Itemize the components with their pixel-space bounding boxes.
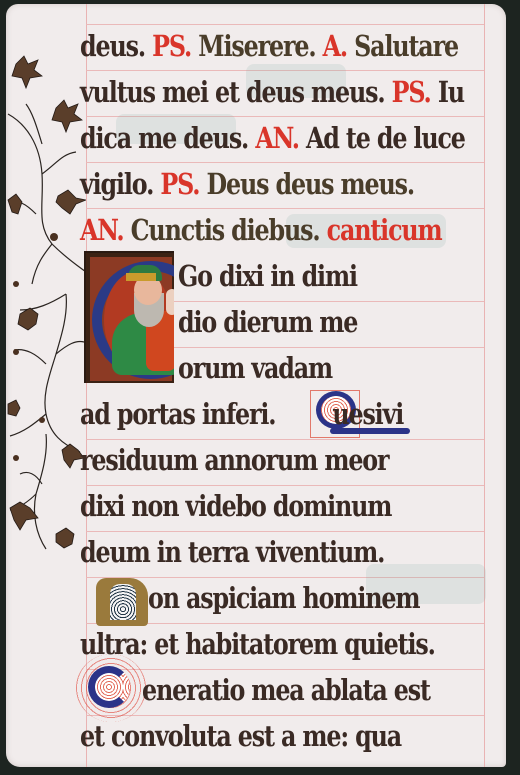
- text-line: orum vadam: [178, 348, 332, 388]
- text-line: eneratio mea ablata est: [142, 670, 430, 710]
- rubric: PS.: [392, 75, 431, 109]
- g-initial-letter: [88, 666, 130, 708]
- text-span: dio dierum me: [178, 305, 357, 339]
- text-line: AN. Cunctis diebus. canticum: [80, 210, 442, 250]
- text-span: et convoluta est a me: qua: [80, 719, 401, 753]
- text-line: on aspiciam hominem: [148, 578, 419, 618]
- ruling-line-right: [484, 4, 485, 767]
- text-line: Go dixi in dimi: [178, 256, 357, 296]
- rubric: PS.: [152, 29, 191, 63]
- text-span: residuum annorum meor: [80, 443, 388, 477]
- text-line: dixi non videbo dominum: [80, 486, 391, 526]
- text-span: vigilo.: [80, 167, 153, 201]
- n-initial: [82, 572, 140, 630]
- text-span: dica me deus.: [80, 121, 248, 155]
- text-line: ultra: et habitatorem quietis.: [80, 624, 435, 664]
- text-span: orum vadam: [178, 351, 332, 385]
- king-gold-crown: [126, 273, 156, 281]
- text-span: dixi non videbo dominum: [80, 489, 391, 523]
- text-span: eneratio mea ablata est: [142, 673, 430, 707]
- n-initial-penwork: [110, 584, 136, 620]
- historiated-initial-e: [84, 251, 174, 383]
- text-span: deus.: [80, 29, 145, 63]
- ruling-line: [86, 24, 484, 25]
- text-span: on aspiciam hominem: [148, 581, 419, 615]
- text-span: Miserere.: [198, 29, 315, 63]
- text-line: dica me deus. AN. Ad te de luce: [80, 118, 465, 158]
- text-span: Go dixi in dimi: [178, 259, 357, 293]
- text-span: uesivi: [332, 397, 403, 431]
- text-span: ultra: et habitatorem quietis.: [80, 627, 435, 661]
- text-span: deum in terra viventium.: [80, 535, 384, 569]
- text-span: Cunctis diebus.: [131, 213, 320, 247]
- king-praying-hands: [166, 289, 174, 315]
- ruling-line: [86, 208, 484, 209]
- rubric: canticum: [327, 213, 442, 247]
- initial-frame: [84, 251, 174, 383]
- text-line: deum in terra viventium.: [80, 532, 384, 572]
- text-line: dio dierum me: [178, 302, 357, 342]
- text-line: vigilo. PS. Deus deus meus.: [80, 164, 414, 204]
- text-span: Iu: [438, 75, 464, 109]
- text-span: vultus mei et deus meus.: [80, 75, 384, 109]
- text-line: vultus mei et deus meus. PS. Iu: [80, 72, 464, 112]
- text-line: residuum annorum meor: [80, 440, 388, 480]
- g-initial: [84, 660, 138, 716]
- text-span: Deus deus meus.: [207, 167, 414, 201]
- ruling-line: [86, 162, 484, 163]
- text-line: et convoluta est a me: qua: [80, 716, 401, 756]
- text-span: Salutare: [354, 29, 458, 63]
- text-span: Ad te de luce: [306, 121, 465, 155]
- text-span: ad portas inferi.: [80, 397, 275, 431]
- rubric: AN.: [80, 213, 124, 247]
- rubric: AN.: [255, 121, 299, 155]
- rubric: PS.: [160, 167, 199, 201]
- text-line: deus. PS. Miserere. A. Salutare: [80, 26, 458, 66]
- text-line: ad portas inferi. uesivi: [80, 394, 403, 434]
- rubric: A.: [323, 29, 347, 63]
